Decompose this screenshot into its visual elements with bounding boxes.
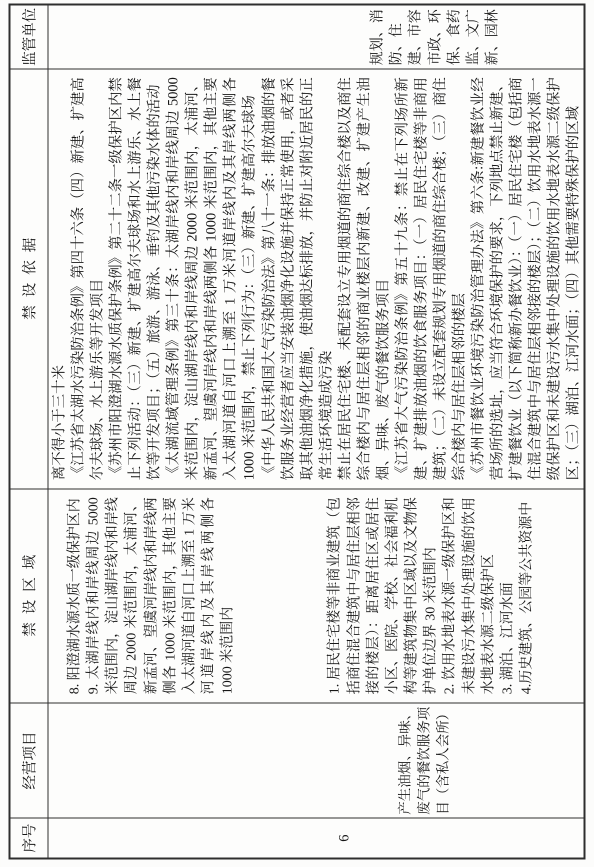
serial-number-cell: 6: [48, 817, 583, 857]
area-item: 1. 居民住宅楼等非商业建筑（包括商住混合建筑中与居住层相邻接的楼层）：距离居住…: [325, 497, 440, 694]
header-basis-label: 禁设依据: [18, 229, 39, 327]
header-supervisor-label: 监管单位: [18, 7, 39, 65]
header-project-label: 经营项目: [18, 731, 39, 789]
basis-paragraph: 《苏州市餐饮业环境污染防治管理办法》第六条:新建餐饮业经营场所的选址，应当符合环…: [469, 77, 583, 480]
header-supervising-unit: 监管单位: [10, 5, 47, 68]
basis-paragraph: 《江苏省大气污染防治条例》第五十九条：禁止在下列场所新建、扩建排放油烟的饮食服务…: [393, 77, 469, 480]
basis-paragraph: 《苏州市阳澄湖水源水质保护条例》第二十二条一级保护区内禁止下列活动：（三）新建、…: [107, 77, 164, 480]
header-business-project: 经营项目: [10, 702, 47, 817]
table-header-row: 序号 经营项目 禁设区域 禁设依据 监管单位: [10, 5, 48, 857]
area-item: 9. 太湖岸线内和岸线周边 5000 米范围内，淀山湖岸线内和岸线周边 2000…: [84, 497, 237, 694]
area-item: 4.历史建筑、公园等公共资源中: [517, 497, 536, 694]
basis-paragraph: 禁止在居民住宅楼、未配套设立专用烟道的商住综合楼以及商住综合楼内与居住层相邻的商…: [336, 77, 393, 480]
header-legal-basis: 禁设依据: [10, 68, 47, 488]
basis-paragraph: 《中华人民共和国大气污染防治法》第八十一条：排放油烟的餐饮服务业经营者应当安装油…: [260, 77, 336, 480]
restriction-table: 序号 经营项目 禁设区域 禁设依据 监管单位 6 产生油烟、异味、废气的餐饮服务…: [8, 3, 585, 859]
legal-basis-cell: 离不得小于三十米 《江苏省太湖水污染防治条例》第四十六条（四）新建、扩建高尔夫球…: [48, 68, 583, 488]
header-area-label: 禁设区域: [18, 546, 39, 644]
business-project-text: 产生油烟、异味、废气的餐饮服务项目（含私人会所）: [395, 705, 453, 814]
area-item: 8. 阳澄湖水源水质一级保护区内: [65, 497, 84, 694]
basis-paragraph: 《江苏省太湖水污染防治条例》第四十六条（四）新建、扩建高尔夫球场、水上游乐等开发…: [69, 77, 107, 480]
supervising-unit-cell: 规划、消防、住建、市容市政、环保、食药监、文广新、园林: [48, 5, 583, 68]
area-item: 3. 湖泊、江河水面: [498, 497, 517, 694]
header-prohibited-area: 禁设区域: [10, 488, 47, 702]
prohibited-area-cell: 8. 阳澄湖水源水质一级保护区内 9. 太湖岸线内和岸线周边 5000 米范围内…: [48, 488, 583, 702]
business-project-cell: 产生油烟、异味、废气的餐饮服务项目（含私人会所）: [48, 702, 583, 817]
supervising-unit-text: 规划、消防、住建、市容市政、环保、食药监、文广新、园林: [368, 5, 502, 65]
header-serial-label: 序号: [18, 823, 39, 852]
rotated-document-page: 序号 经营项目 禁设区域 禁设依据 监管单位 6 产生油烟、异味、废气的餐饮服务…: [0, 0, 594, 867]
header-serial-number: 序号: [10, 817, 47, 857]
area-item: 2. 饮用水地表水源一级保护区和未建设污水集中处理设施的饮用水地表水源二级保护区: [440, 497, 497, 694]
basis-paragraph: 《太湖流域管理条例》第三十条：太湖岸线内和岸线周边 5000 米范围内，淀山湖岸…: [164, 77, 259, 480]
basis-paragraph: 离不得小于三十米: [50, 77, 69, 480]
table-data-row: 6 产生油烟、异味、废气的餐饮服务项目（含私人会所） 8. 阳澄湖水源水质一级保…: [48, 5, 583, 857]
serial-number-value: 6: [336, 818, 353, 857]
